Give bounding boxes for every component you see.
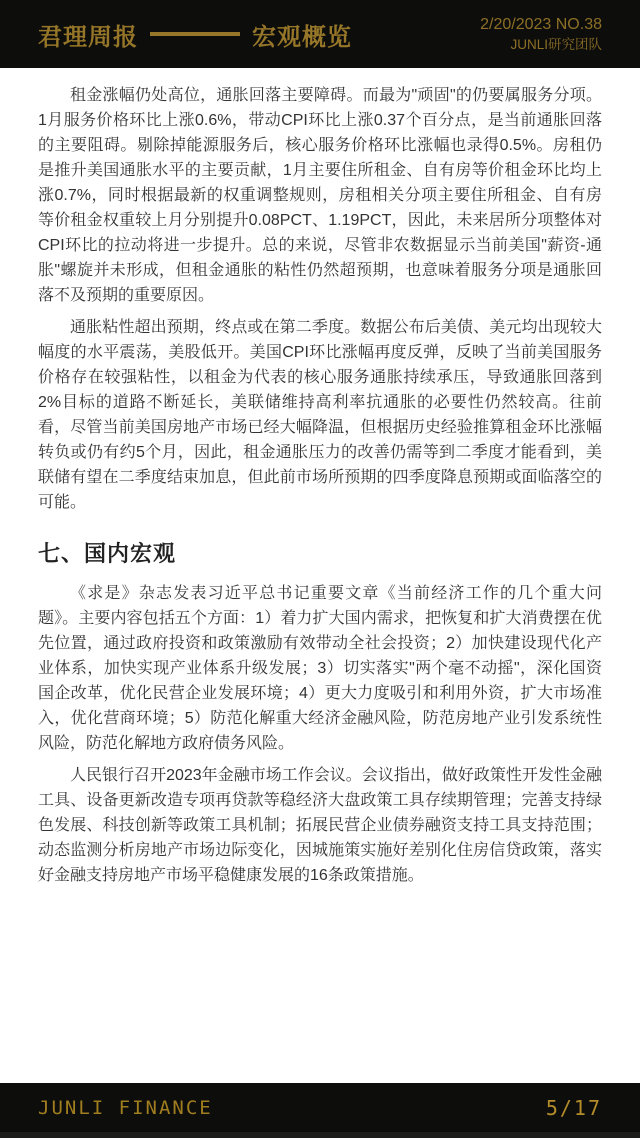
paragraph-inflation-stickiness: 通胀粘性超出预期，终点或在第二季度。数据公布后美债、美元均出现较大幅度的水平震荡… — [38, 315, 602, 515]
issue-date: 2/20/2023 NO.38 — [480, 14, 602, 36]
team-name: JUNLI研究团队 — [480, 36, 602, 54]
report-section-name: 宏观概览 — [252, 17, 352, 52]
paragraph-qiushi-article: 《求是》杂志发表习近平总书记重要文章《当前经济工作的几个重大问题》。主要内容包括… — [38, 581, 602, 756]
header-meta: 2/20/2023 NO.38 JUNLI研究团队 — [480, 14, 602, 54]
report-page: 君理周报 宏观概览 2/20/2023 NO.38 JUNLI研究团队 租金涨幅… — [0, 0, 640, 1138]
paragraph-us-rent-inflation: 租金涨幅仍处高位，通胀回落主要障碍。而最为"顽固"的仍要属服务分项。1月服务价格… — [38, 83, 602, 308]
page-number: 5/17 — [546, 1096, 602, 1120]
page-header: 君理周报 宏观概览 2/20/2023 NO.38 JUNLI研究团队 — [0, 0, 640, 68]
report-title: 君理周报 宏观概览 — [38, 17, 352, 52]
report-name: 君理周报 — [38, 17, 138, 52]
footer-brand: JUNLI FINANCE — [38, 1097, 213, 1119]
page-footer: JUNLI FINANCE 5/17 — [0, 1083, 640, 1138]
section-title-domestic-macro: 七、国内宏观 — [38, 541, 602, 567]
report-body: 租金涨幅仍处高位，通胀回落主要障碍。而最为"顽固"的仍要属服务分项。1月服务价格… — [0, 68, 640, 888]
paragraph-pboc-meeting: 人民银行召开2023年金融市场工作会议。会议指出，做好政策性开发性金融工具、设备… — [38, 763, 602, 888]
title-dash — [150, 32, 240, 36]
